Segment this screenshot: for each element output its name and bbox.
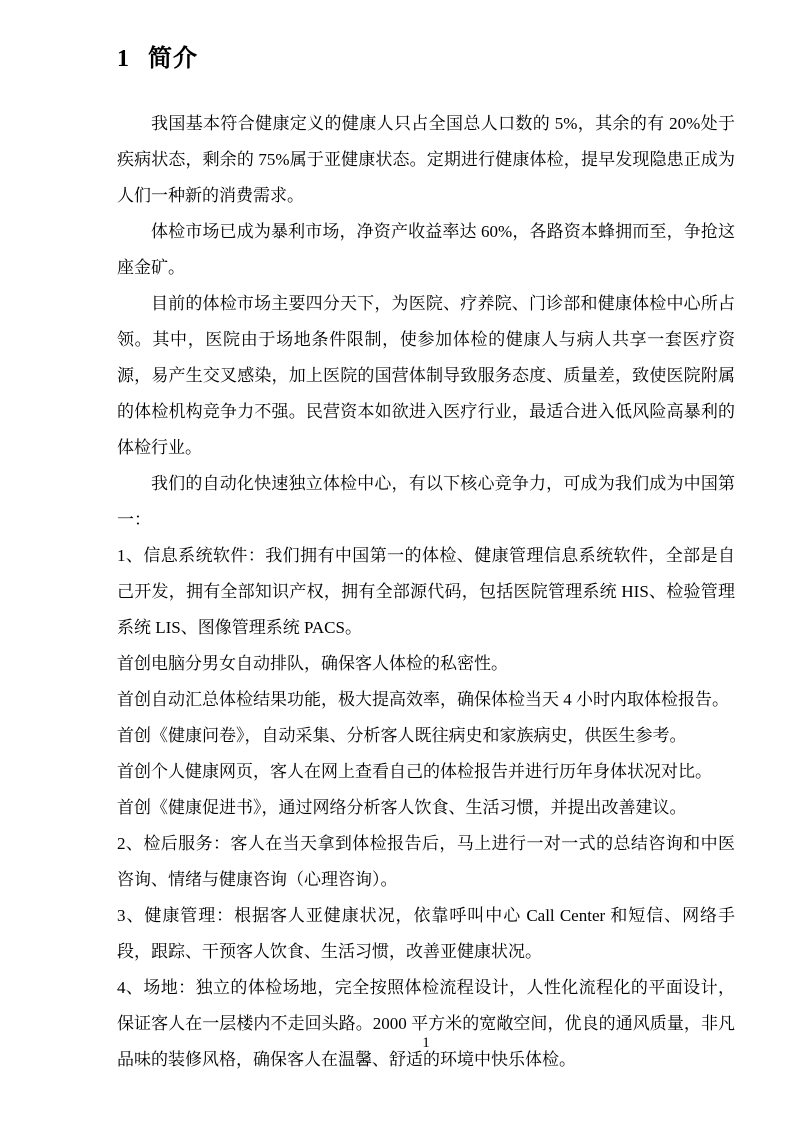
paragraph: 我国基本符合健康定义的健康人只占全国总人口数的 5%，其余的有 20%处于疾病状… bbox=[117, 106, 735, 214]
paragraph: 3、健康管理：根据客人亚健康状况，依靠呼叫中心 Call Center 和短信、… bbox=[117, 898, 735, 970]
page-number: 1 bbox=[422, 1035, 430, 1051]
paragraph: 首创自动汇总体检结果功能，极大提高效率，确保体检当天 4 小时内取体检报告。 bbox=[117, 682, 735, 718]
paragraph: 我们的自动化快速独立体检中心，有以下核心竞争力，可成为我们成为中国第一： bbox=[117, 466, 735, 538]
paragraph: 2、检后服务：客人在当天拿到体检报告后，马上进行一对一式的总结咨询和中医咨询、情… bbox=[117, 826, 735, 898]
heading-title: 简介 bbox=[148, 46, 198, 72]
document-page: 1简介 我国基本符合健康定义的健康人只占全国总人口数的 5%，其余的有 20%处… bbox=[0, 0, 793, 1122]
paragraph: 1、信息系统软件：我们拥有中国第一的体检、健康管理信息系统软件，全部是自己开发，… bbox=[117, 538, 735, 646]
page-footer: 1 bbox=[117, 1034, 735, 1052]
paragraph: 首创电脑分男女自动排队，确保客人体检的私密性。 bbox=[117, 646, 735, 682]
paragraph: 体检市场已成为暴利市场，净资产收益率达 60%，各路资本蜂拥而至，争抢这座金矿。 bbox=[117, 214, 735, 286]
document-body: 我国基本符合健康定义的健康人只占全国总人口数的 5%，其余的有 20%处于疾病状… bbox=[117, 106, 735, 1078]
paragraph: 首创《健康问卷》，自动采集、分析客人既往病史和家族病史，供医生参考。 bbox=[117, 718, 735, 754]
paragraph: 首创《健康促进书》，通过网络分析客人饮食、生活习惯，并提出改善建议。 bbox=[117, 790, 735, 826]
paragraph: 首创个人健康网页，客人在网上查看自己的体检报告并进行历年身体状况对比。 bbox=[117, 754, 735, 790]
document-content: 1简介 我国基本符合健康定义的健康人只占全国总人口数的 5%，其余的有 20%处… bbox=[117, 44, 735, 1078]
paragraph: 4、场地：独立的体检场地，完全按照体检流程设计，人性化流程化的平面设计，保证客人… bbox=[117, 970, 735, 1078]
heading-number: 1 bbox=[117, 44, 130, 74]
section-heading: 1简介 bbox=[117, 44, 735, 74]
paragraph: 目前的体检市场主要四分天下，为医院、疗养院、门诊部和健康体检中心所占领。其中，医… bbox=[117, 286, 735, 466]
